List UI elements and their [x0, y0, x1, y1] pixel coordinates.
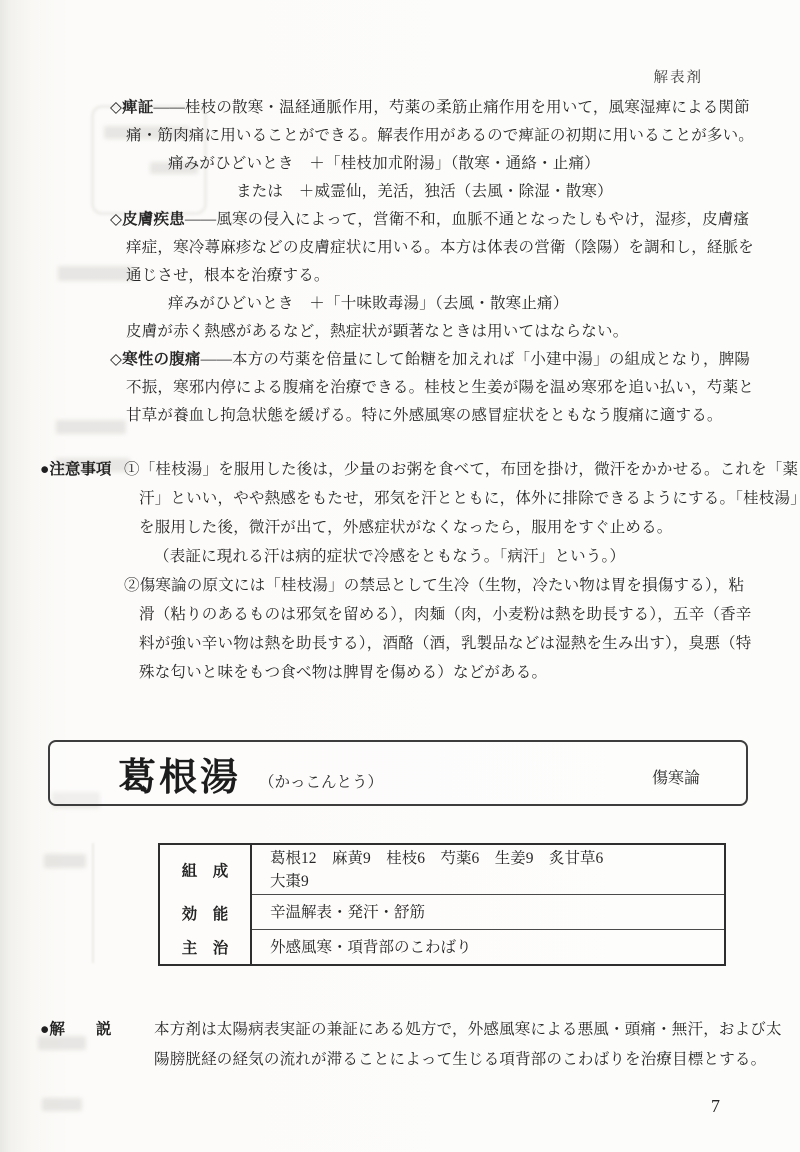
bleedthrough-artifact — [44, 854, 86, 868]
comp-line: 辛温解表・発汗・舒筋 — [270, 901, 724, 924]
page-content: ◇痺証——桂枝の散寒・温経通脈作用，芍薬の柔筋止痛作用を用いて，風寒湿痺による関… — [110, 94, 770, 1075]
text-line: 痛・筋肉痛に用いることができる。解表作用があるので痺証の初期に用いることが多い。 — [110, 122, 770, 150]
notes-label: ●注意事項 — [40, 457, 111, 479]
text-line: ◇痺証——桂枝の散寒・温経通脈作用，芍薬の柔筋止痛作用を用いて，風寒湿痺による関… — [110, 94, 770, 122]
bleedthrough-artifact — [42, 1098, 82, 1111]
section-heading: ◇痺証 — [110, 99, 154, 116]
text-line: （表証に現れる汗は病的症状で冷感をともなう。「病汗」という。） — [124, 542, 770, 571]
running-header: 解表剤 — [654, 66, 704, 87]
comp-line: 葛根12 麻黄9 桂枝6 芍薬6 生姜9 炙甘草6 — [270, 847, 724, 870]
text-run: ——桂枝の散寒・温経通脈作用，芍薬の柔筋止痛作用を用いて，風寒湿痺による関節 — [154, 99, 750, 116]
text-line: を服用した後，微汗が出て，外感症状がなくなったら，服用をすぐ止める。 — [124, 513, 770, 542]
comp-row-label: 効 能 — [160, 895, 252, 930]
text-run: ——風寒の侵入によって，営衛不和，血脈不通となったしもやけ，湿疹，皮膚瘙 — [185, 211, 749, 228]
text-run: ——本方の芍薬を倍量にして飴糖を加えれば「小建中湯」の組成となり，脾陽 — [201, 351, 751, 368]
text-line: ①「桂枝湯」を服用した後は，少量のお粥を食べて，布団を掛け，微汗をかかせる。これ… — [124, 455, 770, 484]
text-line: 不振，寒邪内停による腹痛を治療できる。桂枝と生姜が陽を温め寒邪を追い払い，芍薬と — [110, 374, 770, 402]
composition-table: 組 成 葛根12 麻黄9 桂枝6 芍薬6 生姜9 炙甘草6 大棗9 効 能 辛温… — [158, 843, 726, 966]
comp-line: 外感風寒・項背部のこわばり — [270, 936, 724, 959]
formula-title-box: 葛根湯 （かっこんとう） 傷寒論 — [48, 740, 748, 806]
comp-row-label: 組 成 — [160, 845, 252, 895]
comp-row-content: 葛根12 麻黄9 桂枝6 芍薬6 生姜9 炙甘草6 大棗9 — [252, 845, 724, 895]
section-hisho: ◇痺証——桂枝の散寒・温経通脈作用，芍薬の柔筋止痛作用を用いて，風寒湿痺による関… — [110, 94, 770, 206]
comp-row-label: 主 治 — [160, 930, 252, 964]
text-line: ◇寒性の腹痛——本方の芍薬を倍量にして飴糖を加えれば「小建中湯」の組成となり，脾… — [110, 346, 770, 374]
text-line: 通じさせ，根本を治療する。 — [110, 262, 770, 290]
text-line: 本方剤は太陽病表実証の兼証にある処方で，外感風寒による悪風・頭痛・無汗，および太 — [154, 1015, 770, 1045]
formula-name: 葛根湯 — [118, 746, 241, 801]
text-line: 痒みがひどいとき ＋「十味敗毒湯」（去風・散寒止痛） — [110, 290, 770, 318]
section-hifu-shikkan: ◇皮膚疾患——風寒の侵入によって，営衛不和，血脈不通となったしもやけ，湿疹，皮膚… — [110, 206, 770, 346]
text-line: ②傷寒論の原文には「桂枝湯」の禁忌として生冷（生物，冷たい物は胃を損傷する），粘 — [124, 571, 770, 600]
comp-row-content: 辛温解表・発汗・舒筋 — [252, 895, 724, 930]
section-heading: ◇寒性の腹痛 — [110, 351, 201, 368]
section-kansei-fukutsuu: ◇寒性の腹痛——本方の芍薬を倍量にして飴糖を加えれば「小建中湯」の組成となり，脾… — [110, 346, 770, 430]
scanned-book-page: 解表剤 ◇痺証——桂枝の散寒・温経通脈作用，芍薬の柔筋止痛作用を用いて，風寒湿痺… — [0, 0, 800, 1152]
bleedthrough-line-artifact — [92, 843, 94, 963]
text-line: 陽膀胱経の経気の流れが滞ることによって生じる項背部のこわばりを治療目標とする。 — [154, 1045, 770, 1075]
notes-block: ●注意事項 ①「桂枝湯」を服用した後は，少量のお粥を食べて，布団を掛け，微汗をか… — [110, 455, 770, 687]
text-line: または ＋威霊仙，羌活，独活（去風・除湿・散寒） — [110, 178, 770, 206]
formula-reading: （かっこんとう） — [259, 770, 383, 792]
text-line: 殊な匂いと味をもつ食べ物は脾胃を傷める）などがある。 — [124, 658, 770, 687]
text-line: 甘草が養血し拘急状態を緩げる。特に外感風寒の感冒症状をともなう腹痛に適する。 — [110, 402, 770, 430]
commentary-label: ●解 説 — [40, 1017, 111, 1039]
text-line: 痛みがひどいとき ＋「桂枝加朮附湯」（散寒・通絡・止痛） — [110, 150, 770, 178]
text-line: ◇皮膚疾患——風寒の侵入によって，営衛不和，血脈不通となったしもやけ，湿疹，皮膚… — [110, 206, 770, 234]
commentary-block: ●解 説 本方剤は太陽病表実証の兼証にある処方で，外感風寒による悪風・頭痛・無汗… — [110, 1015, 770, 1075]
text-line: 痒症，寒冷蕁麻疹などの皮膚症状に用いる。本方は体表の営衛（陰陽）を調和し，経脈を — [110, 234, 770, 262]
text-line: 料が強い辛い物は熱を助長する），酒酪（酒，乳製品などは湿熱を生み出す），臭悪（特 — [124, 629, 770, 658]
comp-row-content: 外感風寒・項背部のこわばり — [252, 930, 724, 964]
formula-source: 傷寒論 — [652, 765, 700, 788]
text-line: 滑（粘りのあるものは邪気を留める），肉麺（肉，小麦粉は熱を助長する），五辛（香辛 — [124, 600, 770, 629]
comp-line: 大棗9 — [270, 870, 724, 893]
text-line: 皮膚が赤く熱感があるなど，熱症状が顕著なときは用いてはならない。 — [110, 318, 770, 346]
text-line: 汗」といい，やや熱感をもたせ，邪気を汗とともに，体外に排除できるようにする。「桂… — [124, 484, 770, 513]
page-number: 7 — [711, 1096, 720, 1117]
section-heading: ◇皮膚疾患 — [110, 211, 185, 228]
